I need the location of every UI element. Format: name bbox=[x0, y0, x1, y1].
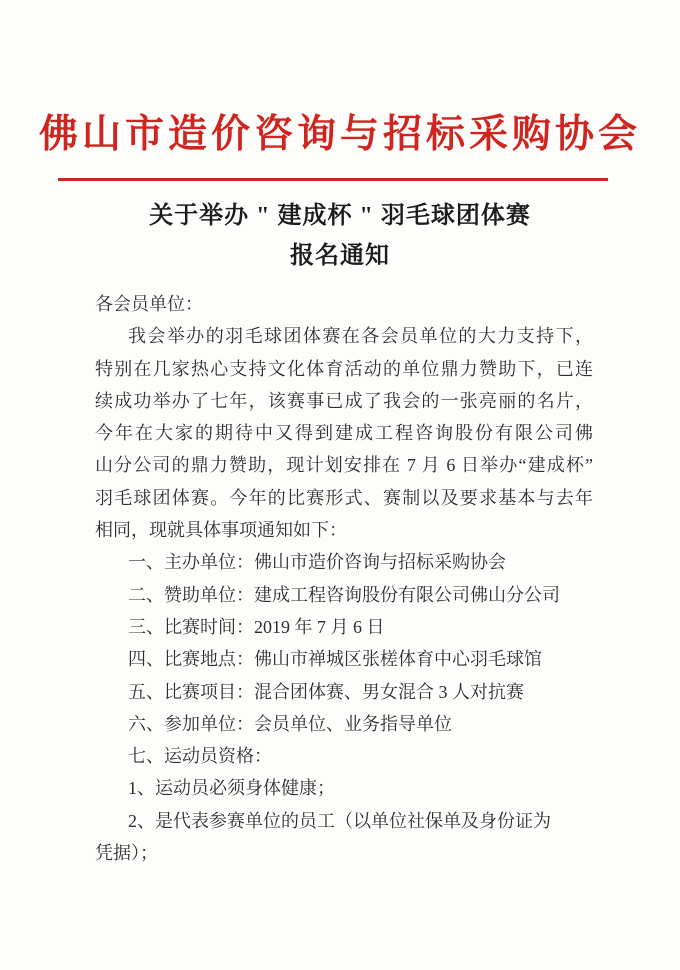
body-line: 1、运动员必须身体健康； bbox=[95, 772, 593, 804]
body-line: 三、比赛时间：2019 年 7 月 6 日 bbox=[95, 611, 593, 643]
body-line: 四、比赛地点：佛山市禅城区张槎体育中心羽毛球馆 bbox=[95, 643, 593, 675]
body-line: 各会员单位： bbox=[95, 288, 593, 320]
document-title-line-1: 关于举办 " 建成杯 " 羽毛球团体赛 bbox=[0, 196, 680, 236]
document-title-line-2: 报名通知 bbox=[0, 236, 680, 276]
body-line: 相同，现就具体事项通知如下： bbox=[95, 514, 593, 546]
body-line: 一、主办单位：佛山市造价咨询与招标采购协会 bbox=[95, 546, 593, 578]
body-line: 续成功举办了七年，该赛事已成了我会的一张亮丽的名片， bbox=[95, 385, 593, 417]
body-line: 羽毛球团体赛。今年的比赛形式、赛制以及要求基本与去年 bbox=[95, 482, 593, 514]
body-line: 七、运动员资格： bbox=[95, 740, 593, 772]
body-line: 五、比赛项目：混合团体赛、男女混合 3 人对抗赛 bbox=[95, 676, 593, 708]
body-line: 我会举办的羽毛球团体赛在各会员单位的大力支持下， bbox=[95, 320, 593, 352]
body-line: 凭据）； bbox=[95, 837, 593, 869]
document-body: 各会员单位：我会举办的羽毛球团体赛在各会员单位的大力支持下，特别在几家热心支持文… bbox=[95, 288, 593, 869]
body-line: 二、赞助单位：建成工程咨询股份有限公司佛山分公司 bbox=[95, 579, 593, 611]
scanned-notice-page: 佛山市造价咨询与招标采购协会 关于举办 " 建成杯 " 羽毛球团体赛 报名通知 … bbox=[0, 0, 680, 970]
body-line: 2、是代表参赛单位的员工（以单位社保单及身份证为 bbox=[95, 805, 593, 837]
body-line: 今年在大家的期待中又得到建成工程咨询股份有限公司佛 bbox=[95, 417, 593, 449]
header-divider-rule bbox=[58, 178, 608, 181]
body-line: 山分公司的鼎力赞助，现计划安排在 7 月 6 日举办“建成杯” bbox=[95, 449, 593, 481]
body-line: 六、参加单位：会员单位、业务指导单位 bbox=[95, 708, 593, 740]
organization-title: 佛山市造价咨询与招标采购协会 bbox=[0, 103, 680, 159]
body-line: 特别在几家热心支持文化体育活动的单位鼎力赞助下，已连 bbox=[95, 353, 593, 385]
document-title: 关于举办 " 建成杯 " 羽毛球团体赛 报名通知 bbox=[0, 196, 680, 276]
